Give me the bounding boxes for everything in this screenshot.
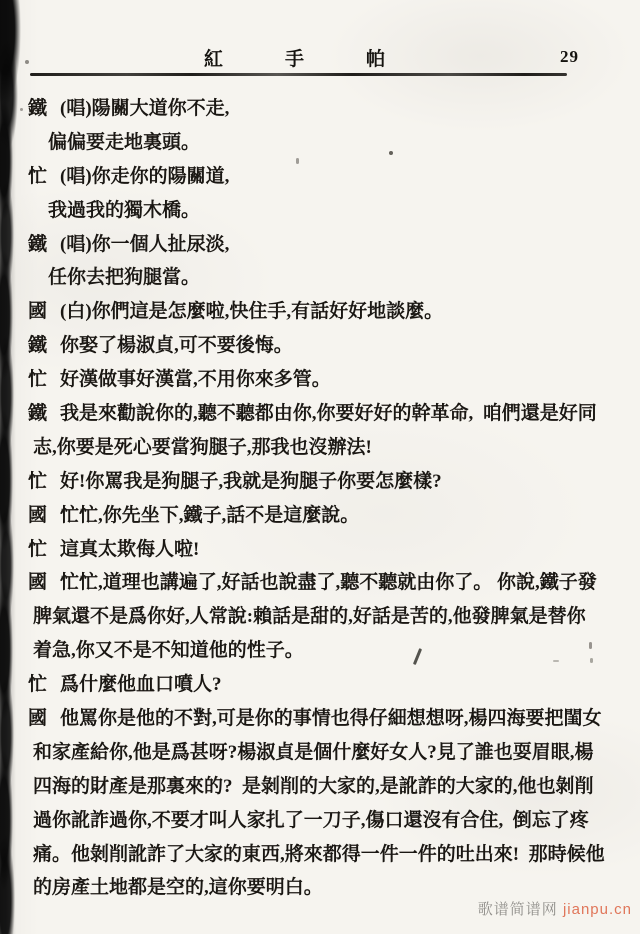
speaker-label: 忙 [28,363,60,397]
dialogue-text: 的房產土地都是空的,這你要明白。 [33,877,323,898]
dialogue-line: 偏偏要走地裏頭。 [28,126,628,160]
dialogue-line: 鐵你娶了楊淑貞,可不要後悔。 [28,329,628,363]
dialogue-line: 脾氣還不是爲你好,人常說:賴話是甜的,好話是苦的,他發脾氣是替你 [28,600,628,634]
dialogue-text: 過你訛詐過你,不要才叫人家扎了一刀子,傷口還沒有合住, 倒忘了疼 [33,810,589,831]
dialogue-text: (白)你們這是怎麼啦,快住手,有話好好地談麼。 [60,301,443,322]
dialogue-text: 志,你要是死心要當狗腿子,那我也沒辦法! [33,437,372,458]
dialogue-line: 四海的財產是那裏來的? 是剝削的大家的,是訛詐的大家的,他也剝削 [28,770,628,804]
watermark-site-url: jianpu.cn [563,901,632,918]
dialogue-text: 任你去把狗腿當。 [48,267,200,288]
scanned-script-page: 紅手帕 29 鐵(唱)陽關大道你不走, 偏偏要走地裏頭。 忙(唱)你走你的陽關道… [0,0,640,934]
dialogue-text: 忙忙,道理也講遍了,好話也說盡了,聽不聽就由你了。 你說,鐵子發 [60,572,597,593]
speaker-label: 忙 [28,668,60,702]
watermark: 歌谱简谱网 jianpu.cn [478,898,632,919]
dialogue-line: 着急,你又不是不知道他的性子。 [28,634,628,668]
dialogue-text: (唱)你一個人扯尿淡, [60,234,229,255]
speaker-label: 忙 [28,533,60,567]
dialogue-text: 着急,你又不是不知道他的性子。 [33,640,304,661]
dialogue-text: 四海的財產是那裏來的? 是剝削的大家的,是訛詐的大家的,他也剝削 [33,776,594,797]
dialogue-text: (唱)陽關大道你不走, [60,98,229,119]
dialogue-line: 鐵我是來勸說你的,聽不聽都由你,你要好好的幹革命, 咱們還是好同 [28,397,628,431]
dialogue-text: 你娶了楊淑貞,可不要後悔。 [60,335,293,356]
dialogue-text: 我是來勸說你的,聽不聽都由你,你要好好的幹革命, 咱們還是好同 [60,403,597,424]
dialogue-line: 我過我的獨木橋。 [28,194,628,228]
scan-edge-artifact [0,0,24,934]
dialogue-text: 他罵你是他的不對,可是你的事情也得仔細想想呀,楊四海要把閨女 [60,708,602,729]
speaker-label: 鐵 [28,92,60,126]
dialogue-text: 偏偏要走地裏頭。 [48,132,200,153]
speaker-label: 忙 [28,465,60,499]
dialogue-line: 國忙忙,你先坐下,鐵子,話不是這麼說。 [28,499,628,533]
dialogue-text: 忙忙,你先坐下,鐵子,話不是這麼說。 [60,505,359,526]
speaker-label: 鐵 [28,329,60,363]
dialogue-text: 這真太欺侮人啦! [60,539,199,560]
dialogue-text: 和家產給你,他是爲甚呀?楊淑貞是個什麼好女人?見了誰也耍眉眼,楊 [33,742,594,763]
dialogue-line: 國(白)你們這是怎麼啦,快住手,有話好好地談麼。 [28,295,628,329]
dialogue-text: 爲什麼他血口噴人? [60,674,222,695]
dialogue-text: 痛。他剝削訛詐了大家的東西,將來都得一件一件的吐出來! 那時候他 [33,844,605,865]
speaker-label: 忙 [28,160,60,194]
dialogue-line: 國他罵你是他的不對,可是你的事情也得仔細想想呀,楊四海要把閨女 [28,702,628,736]
speaker-label: 國 [28,702,60,736]
dialogue-line: 忙(唱)你走你的陽關道, [28,160,628,194]
dialogue-line: 痛。他剝削訛詐了大家的東西,將來都得一件一件的吐出來! 那時候他 [28,838,628,872]
paper-speck [25,60,29,64]
speaker-label: 鐵 [28,228,60,262]
dialogue-line: 忙好漢做事好漢當,不用你來多管。 [28,363,628,397]
paper-speck [20,108,23,111]
page-title: 紅手帕 [204,44,447,71]
dialogue-line: 任你去把狗腿當。 [28,261,628,295]
dialogue-line: 過你訛詐過你,不要才叫人家扎了一刀子,傷口還沒有合住, 倒忘了疼 [28,804,628,838]
dialogue-line: 忙好!你罵我是狗腿子,我就是狗腿子你要怎麼樣? [28,465,628,499]
dialogue-text: 脾氣還不是爲你好,人常說:賴話是甜的,好話是苦的,他發脾氣是替你 [33,606,586,627]
header-rule [30,73,567,76]
dialogue-text: (唱)你走你的陽關道, [60,166,229,187]
dialogue-body: 鐵(唱)陽關大道你不走, 偏偏要走地裏頭。 忙(唱)你走你的陽關道, 我過我的獨… [28,92,628,905]
dialogue-line: 鐵(唱)你一個人扯尿淡, [28,228,628,262]
dialogue-text: 好!你罵我是狗腿子,我就是狗腿子你要怎麼樣? [60,471,442,492]
page-number: 29 [560,47,579,67]
watermark-site-name: 歌谱简谱网 [478,901,558,918]
speaker-label: 國 [28,566,60,600]
dialogue-line: 國忙忙,道理也講遍了,好話也說盡了,聽不聽就由你了。 你說,鐵子發 [28,566,628,600]
dialogue-line: 忙這真太欺侮人啦! [28,533,628,567]
dialogue-line: 志,你要是死心要當狗腿子,那我也沒辦法! [28,431,628,465]
dialogue-line: 和家產給你,他是爲甚呀?楊淑貞是個什麼好女人?見了誰也耍眉眼,楊 [28,736,628,770]
speaker-label: 國 [28,295,60,329]
speaker-label: 鐵 [28,397,60,431]
dialogue-line: 鐵(唱)陽關大道你不走, [28,92,628,126]
dialogue-text: 好漢做事好漢當,不用你來多管。 [60,369,331,390]
dialogue-line: 忙爲什麼他血口噴人? [28,668,628,702]
speaker-label: 國 [28,499,60,533]
dialogue-text: 我過我的獨木橋。 [48,200,200,221]
